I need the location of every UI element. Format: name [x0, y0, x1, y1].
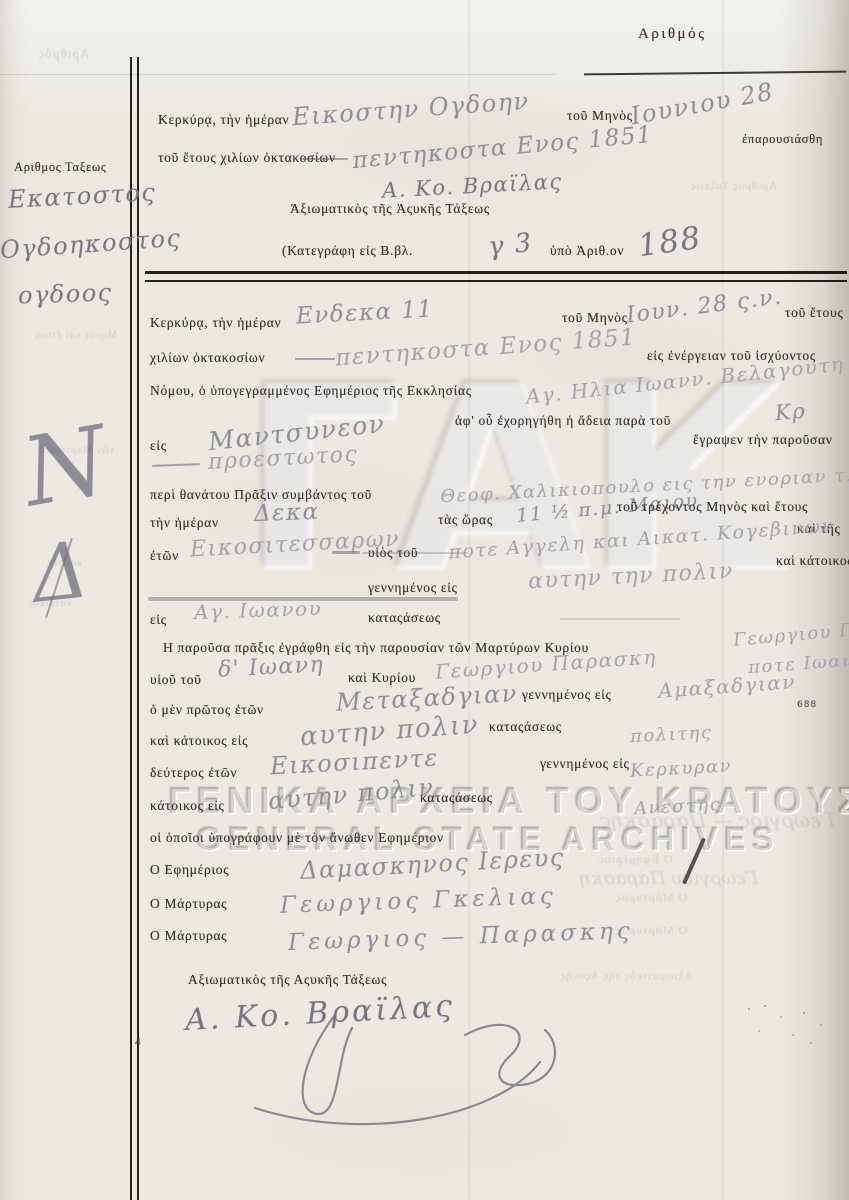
header-officer-title: Ἀξιωματικὸς τῆς Ἀςυκῆς Τάξεως — [290, 201, 490, 217]
act-day-hand: Ενδεκα 11 — [295, 296, 434, 329]
witness-son-of-label: υἱοῦ τοῦ — [150, 672, 202, 688]
ink-speckles — [748, 1008, 750, 1010]
officer-title-label: Αξιωματικὸς τῆς Αςυκῆς Τάξεως — [188, 972, 387, 988]
bleed-handwriting-2: Γεωργιου Παρασκη — [580, 868, 758, 889]
header-place-day-label: Κερκύρᾳ, τὴν ἡμέραν — [158, 112, 289, 128]
corner-number-label: Αριθμός — [638, 26, 707, 43]
bleed-witness-label-1: Ο Μάρτυρας — [615, 890, 687, 905]
act-year-label-tail: τοῦ ἔτους — [785, 305, 843, 321]
act-wrote-label: ἔγραψεν τὴν παροῦσαν — [693, 432, 833, 448]
act-year-label: χιλίων ὀκτακοσίων — [150, 350, 265, 366]
act-hours-label: τὰς ὥρας — [438, 512, 493, 528]
witness1-father-hand: δ' Ιωανη — [217, 652, 324, 683]
act-month-label: τοῦ Μηνὸς — [562, 310, 628, 326]
witness1-age-label: ὁ μὲν πρῶτος ἐτῶν — [150, 702, 264, 718]
witness2-signature-hand: Γεωργιος — Παρασκης — [288, 918, 634, 956]
corner-number-underline — [584, 71, 846, 76]
header-year-dash — [300, 158, 348, 160]
witness1-resident-label: καὶ κάτοικος εἰς — [150, 733, 248, 749]
witness1-status-label: καταςάσεως — [489, 719, 562, 735]
witness2-signature-label: Ο Μάρτυρας — [150, 928, 227, 944]
bleed-margin-label: Αριθμος Ταξεως — [690, 180, 777, 192]
header-registered-label: (Κατεγράφη εἰς Β.βλ. — [282, 243, 413, 259]
bleed-corner-label: Αριθμός — [38, 46, 89, 62]
bleed-witness-label-2: Ο Μάρτυρας — [615, 923, 687, 938]
bleed-margin-3: καὶ τῆς — [46, 558, 82, 569]
bleed-margin-1: Μηνὸς καὶ ἔτους — [34, 330, 117, 341]
witness2-resident-label: κάτοικος εἰς — [150, 798, 225, 814]
act-dash-1 — [152, 463, 200, 467]
witness1-status-hand: πολιτης — [630, 722, 713, 747]
margin-tick: 4 — [135, 1036, 141, 1048]
act-status-dash — [560, 618, 680, 620]
header-year-hand: πεντηκοστα Ενος 1851 — [351, 122, 654, 174]
witness-sign-with-label: οἱ ὁποῖοι ὑπογράφουν μὲ τὸν ἄνωθεν Εφημέ… — [150, 830, 444, 846]
act-age-label: ἐτῶν — [150, 548, 179, 564]
act-at-label-1: εἰς — [150, 438, 167, 454]
bleed-handwriting-1: Γεωργιος — Παρασκης — [600, 808, 835, 832]
header-presented-note: ἐπαρουσιάσθη — [742, 132, 823, 147]
header-officer-signature-hand: Α. Κο. Βραϊλας — [381, 169, 563, 202]
act-status-label: καταςάσεως — [368, 610, 441, 626]
witness2-status-label: καταςάσεως — [420, 790, 493, 806]
header-number-hand: 188 — [636, 220, 704, 265]
act-permission-hand: Κρ — [774, 399, 807, 426]
header-month-label: τοῦ Μηνὸς — [567, 108, 633, 124]
bleed-officer-title: Αξιωματικὸς τῆς Αςυκῆς — [560, 970, 692, 982]
witness1-signature-hand: Γεωργιος Γκελιας — [280, 883, 558, 919]
witness2-born-hand: Κερκυραν — [630, 755, 733, 781]
act-place-day-label: Κερκύρᾳ, τὴν ἡμέραν — [150, 315, 281, 331]
act-day2-label: τὴν ἡμέραν — [150, 515, 219, 531]
horizontal-double-rule — [145, 271, 847, 282]
bleed-margin-2: τῶν Μαρτύρων — [40, 445, 114, 456]
officer-signature-flourish — [240, 1000, 600, 1130]
act-current-month-label: τοῦ τρέχοντος Μηνὸς καὶ ἔτους — [617, 499, 808, 515]
bleed-priest-label: Ο Εφημέριος — [598, 852, 673, 867]
header-day-hand: Εικοστην Ογδοην — [291, 87, 530, 132]
act-at-label-2: εἰς — [150, 612, 167, 628]
pencil-page-note: 688 — [797, 700, 817, 710]
act-month-hand: Ιουν. 28 ς.ν. — [625, 285, 784, 329]
act-day2-hand: Δεκα — [254, 499, 320, 527]
priest-signature-label: Ο Εφημέριος — [150, 862, 229, 878]
margin-initial-n: N — [15, 405, 117, 528]
witness2-born-label: γεννημένος εἰς — [540, 756, 630, 772]
act-year-dash — [295, 358, 335, 360]
margin-order-hand-2: Ογδοηκοστος — [0, 224, 182, 265]
act-at-hand: Αγ. Ιωανου — [194, 596, 323, 624]
act-priest-label: Νόμου, ὁ ὑπογεγραμμένος Εφημέριος τῆς Εκ… — [150, 383, 472, 399]
witness1-occupation-hand: Αμαξαδγιαν — [657, 669, 796, 703]
act-born-label: γεννημένος εἰς — [368, 580, 458, 596]
act-dash-2 — [332, 551, 360, 554]
scanned-death-record-page: ΓΑΚ ΓΕΝΙΚΑ ΑΡΧΕΙΑ ΤΟΥ ΚΡΑΤΟΥΣ GENERAL ST… — [0, 0, 849, 1200]
bleed-corner-line — [0, 74, 556, 75]
header-book-hand: γ 3 — [487, 228, 535, 263]
witness2-age-label: δεύτερος ἐτῶν — [150, 765, 237, 781]
bleed-margin-4: κατοικος — [28, 598, 72, 609]
act-resident-label: καὶ κάτοικος — [776, 553, 849, 569]
act-permission-label: ἀφ' οὗ ἐχορηγήθη ἡ ἄδεια παρὰ τοῦ — [455, 413, 671, 429]
witness-and-mr-label: καὶ Κυρίου — [348, 670, 416, 686]
witness1-born-label: γεννημένος εἰς — [522, 687, 612, 703]
witness1-signature-label: Ο Μάρτυρας — [150, 896, 227, 912]
margin-order-label: Αριθμος Ταξεως — [14, 160, 107, 175]
margin-order-hand-3: ογδοος — [18, 278, 114, 309]
header-under-number-label: ὑπὸ Ἀριθ.ον — [550, 243, 624, 259]
